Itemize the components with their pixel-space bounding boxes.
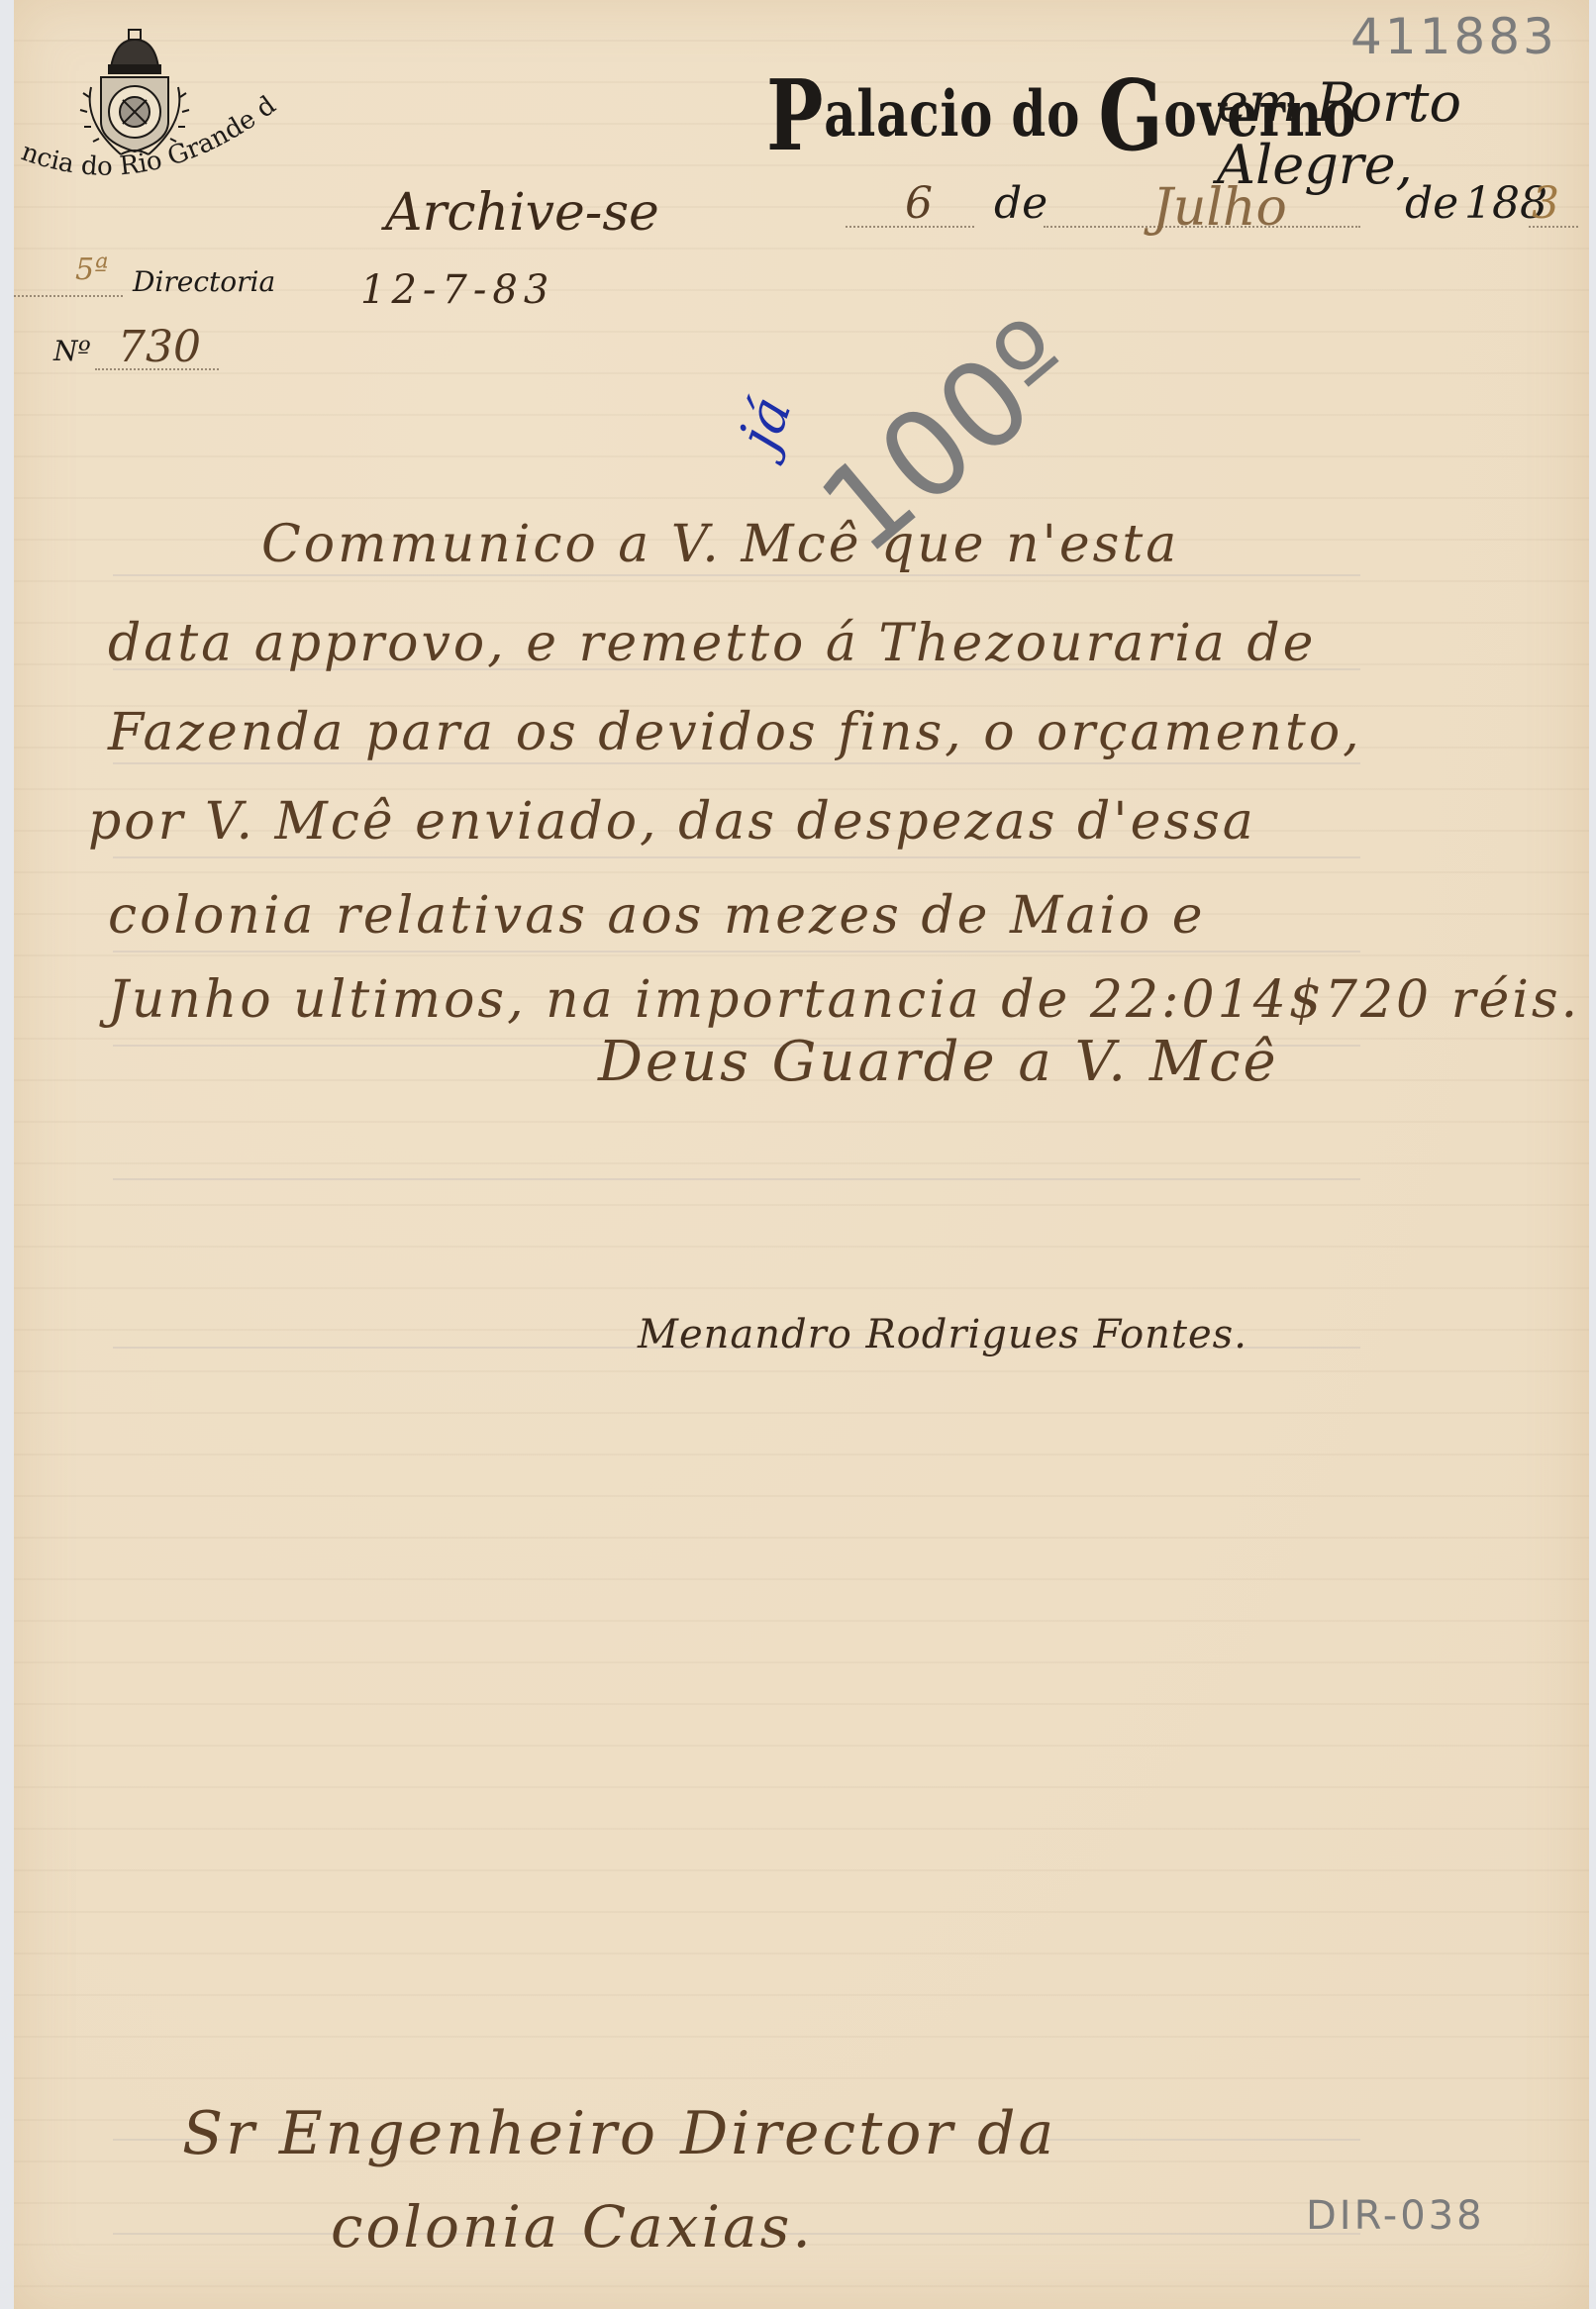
ruled-line <box>113 1178 1360 1180</box>
blue-ink-annotation: já <box>727 388 804 457</box>
letter-page: ncia do Rio Grande do Sul. Palacio do Go… <box>14 0 1589 2309</box>
body-line-4: por V. Mcê enviado, das despezas d'essa <box>88 792 1256 852</box>
body-line-6: Junho ultimos, na importancia de 22:014$… <box>108 970 1580 1030</box>
directoria-dotline <box>14 295 123 297</box>
ruled-line <box>113 574 1360 576</box>
signature: Menandro Rodrigues Fontes. <box>638 1312 1247 1357</box>
ruled-line <box>113 951 1360 953</box>
body-line-3: Fazenda para os devidos fins, o orçament… <box>108 703 1362 762</box>
archive-note-date: 12-7-83 <box>360 267 554 313</box>
ruled-line <box>113 762 1360 764</box>
archive-note: Archive-se <box>385 183 659 243</box>
directoria-label: Directoria <box>133 265 275 298</box>
directoria-number: 5ª <box>75 252 108 287</box>
number-label: Nº <box>53 335 91 367</box>
title-capital-g: G <box>1098 59 1163 173</box>
addressee-line-1: Sr Engenheiro Director da <box>182 2099 1056 2168</box>
date-de-1: de <box>994 178 1047 229</box>
date-month: Julho <box>1152 178 1287 238</box>
archive-catalog-number: 411883 <box>1350 8 1557 65</box>
ruled-line <box>113 856 1360 858</box>
addressee-line-2: colonia Caxias. <box>331 2193 814 2260</box>
archive-bottom-code: DIR-038 <box>1306 2193 1485 2239</box>
closing-salutation: Deus Guarde a V. Mcê <box>598 1030 1279 1094</box>
province-arc-text: ncia do Rio Grande do Sul. <box>20 89 307 208</box>
body-line-5: colonia relativas aos mezes de Maio e <box>108 886 1205 946</box>
date-day: 6 <box>905 178 933 229</box>
title-capital-p: P <box>766 59 824 173</box>
body-line-1: Communico a V. Mcê que n'esta <box>261 515 1179 574</box>
svg-text:ncia do Rio Grande do Sul.: ncia do Rio Grande do Sul. <box>20 89 281 182</box>
province-name: ncia do Rio Grande do Sul. <box>20 89 281 182</box>
title-middle: alacio do <box>824 77 1098 151</box>
number-value: 730 <box>118 322 201 372</box>
date-year-handwritten: 3 <box>1532 178 1559 229</box>
date-de-2: de <box>1405 178 1458 229</box>
body-line-2: data approvo, e remetto á Thezouraria de <box>108 614 1316 673</box>
